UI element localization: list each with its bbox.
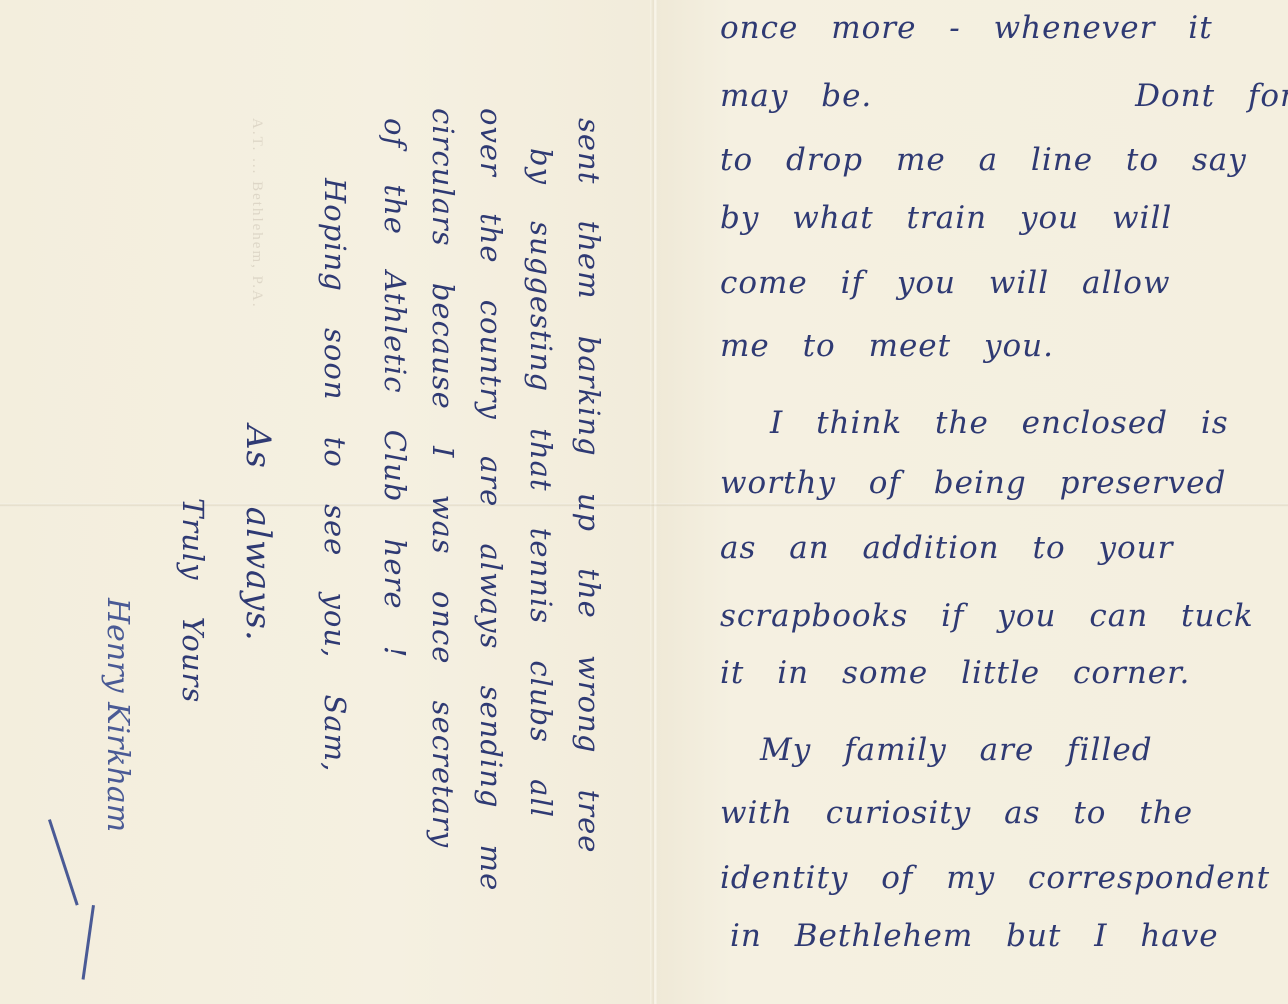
right-line-4: by what train you will [720,200,1172,236]
closing-truly-yours: Truly Yours [176,498,210,703]
left-line-3: over the country are always sending me [474,108,508,891]
closing-as-always: As always. [238,425,278,642]
right-line-3: to drop me a line to say [720,142,1247,178]
right-line-9: as an addition to your [720,530,1173,566]
right-line-12: My family are filled [760,732,1153,768]
right-line-14: identity of my correspondent [720,860,1270,896]
right-line-1: once more - whenever it [720,10,1213,46]
right-line-10: scrapbooks if you can tuck [720,598,1254,634]
left-line-6: Hoping soon to see you, Sam, [318,178,352,772]
left-line-2: by suggesting that tennis clubs all [524,148,558,818]
right-line-11: it in some little corner. [720,655,1190,691]
right-line-7: I think the enclosed is [770,405,1229,441]
right-line-5: come if you will allow [720,265,1171,301]
left-line-4: circulars because I was once secretary [426,108,460,848]
left-line-5: of the Athletic Club here ! [378,118,412,658]
letterhead-show-through: A.T. ... Bethlehem, P.A. [205,118,265,318]
signature: Henry Kirkham [100,598,135,832]
letter-spread: A.T. ... Bethlehem, P.A. sent them barki… [0,0,1288,1004]
right-line-8: worthy of being preserved [720,465,1226,501]
right-line-13: with curiosity as to the [720,795,1193,831]
right-line-15: in Bethlehem but I have [730,918,1219,954]
right-line-2: may be. Dont forget [720,78,1288,114]
left-line-1: sent them barking up the wrong tree [572,118,606,853]
center-fold [650,0,658,1004]
right-line-6: me to meet you. [720,328,1054,364]
